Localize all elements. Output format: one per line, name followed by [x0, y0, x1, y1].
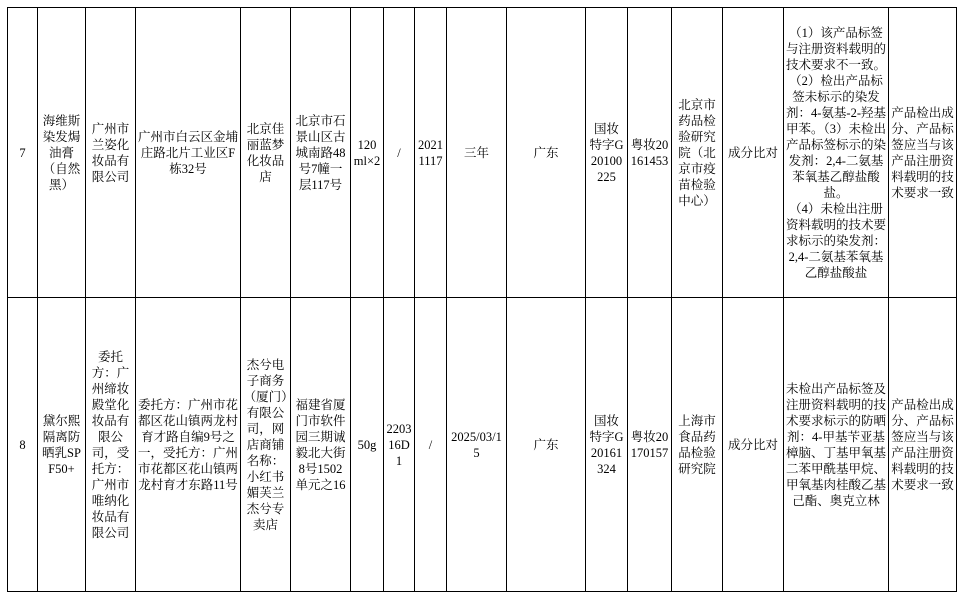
cell-batch-no: /	[384, 8, 415, 298]
cell-test-result: （1）该产品标签与注册资料载明的技术要求不一致。（2）检出产品标签未标示的染发剂…	[784, 8, 889, 298]
cell-standard-requirement: 产品检出成分、产品标签应当与该产品注册资料载明的技术要求一致	[889, 8, 957, 298]
cell-production-date: 20211117	[415, 8, 447, 298]
cell-shelf-life: 三年	[447, 8, 507, 298]
cell-product-name: 黛尔熙隔离防晒乳SPF50+	[38, 298, 86, 592]
cell-province: 广东	[507, 8, 586, 298]
cell-manufacturer-address: 广州市白云区金埔庄路北片工业区F栋32号	[136, 8, 241, 298]
cell-sampled-unit: 杰兮电子商务（厦门）有限公司，网店商铺名称：小红书媚芙兰杰兮专卖店	[241, 298, 291, 592]
cell-manufacturer: 广州市兰姿化妆品有限公司	[86, 8, 136, 298]
cell-seq: 8	[8, 298, 38, 592]
document-page: 7 海维斯染发焗油膏（自然黑） 广州市兰姿化妆品有限公司 广州市白云区金埔庄路北…	[0, 0, 963, 599]
cell-sampled-unit-address: 北京市石景山区古城南路48号7幢一层117号	[291, 8, 351, 298]
cell-specification: 50g	[351, 298, 384, 592]
cell-sampled-unit: 北京佳丽蓝梦化妆品店	[241, 8, 291, 298]
cell-manufacturer-address: 委托方：广州市花都区花山镇两龙村育才路自编9号之一，受托方：广州市花都区花山镇两…	[136, 298, 241, 592]
cell-shelf-life: 2025/03/15	[447, 298, 507, 592]
cell-specification: 120ml×2	[351, 8, 384, 298]
cell-product-name: 海维斯染发焗油膏（自然黑）	[38, 8, 86, 298]
cell-seq: 7	[8, 8, 38, 298]
cell-test-result: 未检出产品标签及注册资料载明的技术要求标示的防晒剂：4-甲基苄亚基樟脑、丁基甲氧…	[784, 298, 889, 592]
cell-manufacturer: 委托方：广州缔妆殿堂化妆品有限公司，受托方：广州市唯纳化妆品有限公司	[86, 298, 136, 592]
cell-license-no: 粤妆20161453	[628, 8, 672, 298]
cell-inspection-agency: 北京市药品检验研究院（北京市疫苗检验中心）	[672, 8, 723, 298]
table-row: 8 黛尔熙隔离防晒乳SPF50+ 委托方：广州缔妆殿堂化妆品有限公司，受托方：广…	[8, 298, 957, 592]
cell-registration-no: 国妆特字G20100225	[586, 8, 628, 298]
cell-production-date: /	[415, 298, 447, 592]
cell-province: 广东	[507, 298, 586, 592]
cell-test-item: 成分比对	[723, 8, 784, 298]
cell-inspection-agency: 上海市食品药品检验研究院	[672, 298, 723, 592]
cell-sampled-unit-address: 福建省厦门市软件园三期诚毅北大街8号1502单元之16	[291, 298, 351, 592]
cell-batch-no: 220316D1	[384, 298, 415, 592]
cell-standard-requirement: 产品检出成分、产品标签应当与该产品注册资料载明的技术要求一致	[889, 298, 957, 592]
cell-test-item: 成分比对	[723, 298, 784, 592]
cosmetics-inspection-table: 7 海维斯染发焗油膏（自然黑） 广州市兰姿化妆品有限公司 广州市白云区金埔庄路北…	[7, 7, 957, 592]
cell-registration-no: 国妆特字G20161324	[586, 298, 628, 592]
table-row: 7 海维斯染发焗油膏（自然黑） 广州市兰姿化妆品有限公司 广州市白云区金埔庄路北…	[8, 8, 957, 298]
cell-license-no: 粤妆20170157	[628, 298, 672, 592]
